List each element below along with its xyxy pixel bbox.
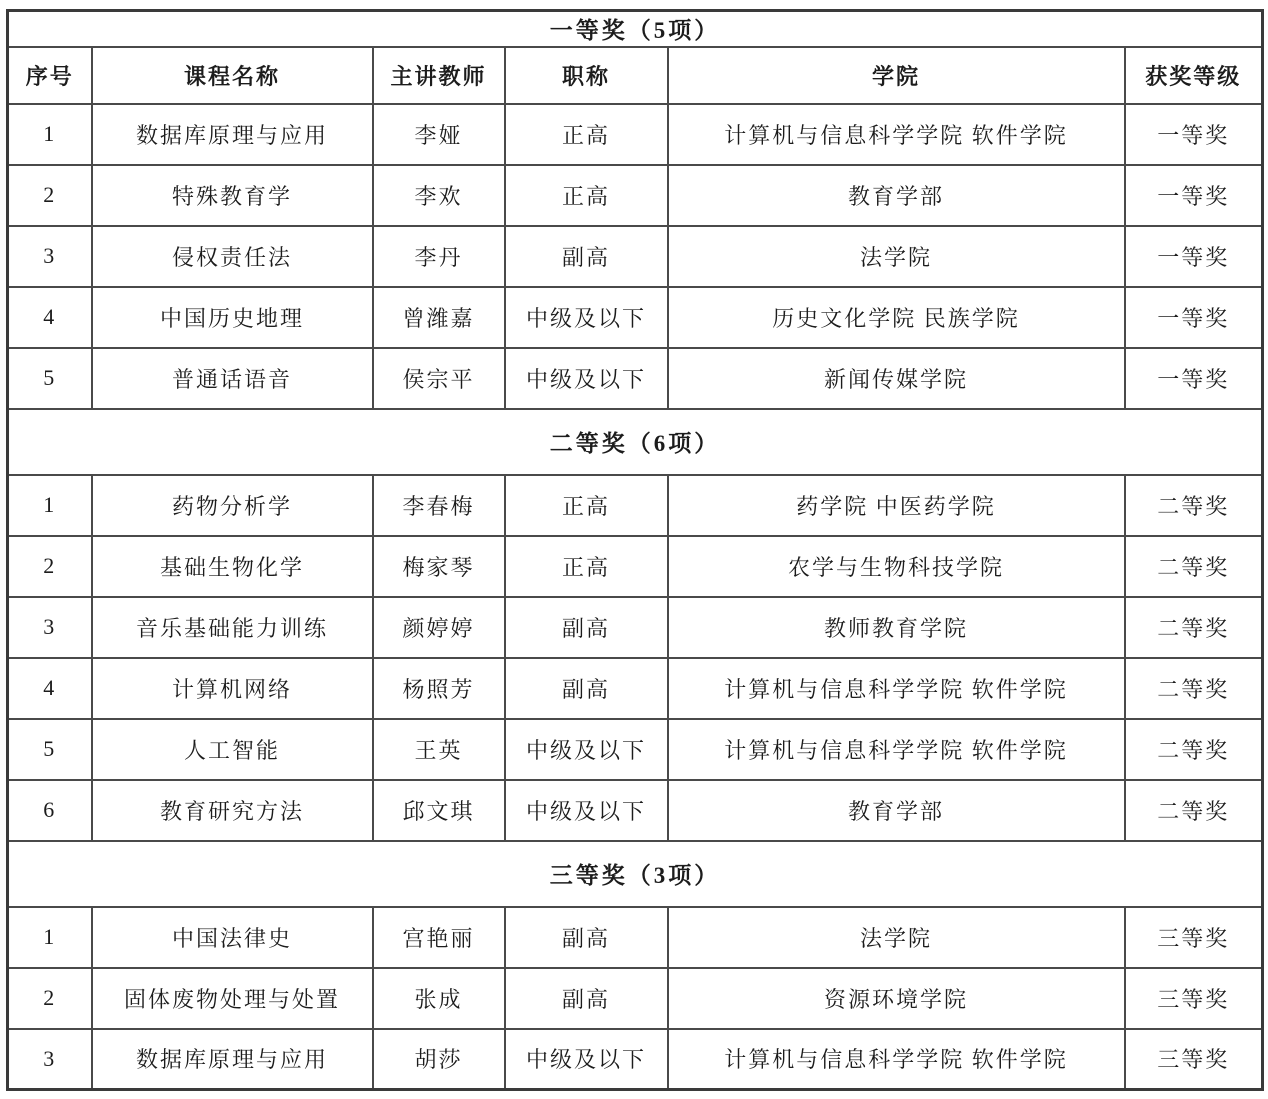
college-cell: 药学院 中医药学院 (668, 475, 1125, 536)
college-cell: 计算机与信息科学学院 软件学院 (668, 658, 1125, 719)
college-cell: 教育学部 (668, 165, 1125, 226)
column-header-row: 序号 课程名称 主讲教师 职称 学院 获奖等级 (8, 47, 1263, 104)
section-title: 一等奖（5项） (8, 11, 1263, 47)
title-rank-cell: 副高 (505, 597, 668, 658)
row-number-cell: 2 (8, 536, 92, 597)
row-number-cell: 3 (8, 597, 92, 658)
title-rank-cell: 副高 (505, 226, 668, 287)
row-number-cell: 1 (8, 104, 92, 165)
college-cell: 计算机与信息科学学院 软件学院 (668, 1029, 1125, 1090)
row-number-cell: 2 (8, 165, 92, 226)
teacher-cell: 梅家琴 (373, 536, 505, 597)
awards-table: 一等奖（5项） 序号 课程名称 主讲教师 职称 学院 获奖等级 1 数据库原理与… (6, 9, 1264, 1091)
teacher-cell: 宫艳丽 (373, 907, 505, 968)
award-level-cell: 二等奖 (1125, 780, 1263, 841)
title-rank-cell: 中级及以下 (505, 719, 668, 780)
course-name-cell: 中国历史地理 (92, 287, 373, 348)
table-row: 1 中国法律史 宫艳丽 副高 法学院 三等奖 (8, 907, 1263, 968)
table-row: 6 教育研究方法 邱文琪 中级及以下 教育学部 二等奖 (8, 780, 1263, 841)
teacher-cell: 李春梅 (373, 475, 505, 536)
table-row: 3 侵权责任法 李丹 副高 法学院 一等奖 (8, 226, 1263, 287)
section-title: 三等奖（3项） (8, 841, 1263, 907)
title-rank-cell: 副高 (505, 658, 668, 719)
award-level-cell: 一等奖 (1125, 165, 1263, 226)
row-number-cell: 4 (8, 287, 92, 348)
award-level-cell: 一等奖 (1125, 348, 1263, 409)
col-header-award: 获奖等级 (1125, 47, 1263, 104)
teacher-cell: 李娅 (373, 104, 505, 165)
row-number-cell: 5 (8, 719, 92, 780)
course-name-cell: 药物分析学 (92, 475, 373, 536)
course-name-cell: 数据库原理与应用 (92, 1029, 373, 1090)
title-rank-cell: 中级及以下 (505, 780, 668, 841)
row-number-cell: 1 (8, 475, 92, 536)
section-title: 二等奖（6项） (8, 409, 1263, 475)
section-header-first-prize: 一等奖（5项） (8, 11, 1263, 47)
row-number-cell: 6 (8, 780, 92, 841)
title-rank-cell: 正高 (505, 165, 668, 226)
teacher-cell: 颜婷婷 (373, 597, 505, 658)
course-name-cell: 人工智能 (92, 719, 373, 780)
row-number-cell: 3 (8, 1029, 92, 1090)
college-cell: 法学院 (668, 226, 1125, 287)
row-number-cell: 5 (8, 348, 92, 409)
course-name-cell: 普通话语音 (92, 348, 373, 409)
section-header-third-prize: 三等奖（3项） (8, 841, 1263, 907)
table-row: 4 中国历史地理 曾潍嘉 中级及以下 历史文化学院 民族学院 一等奖 (8, 287, 1263, 348)
col-header-index: 序号 (8, 47, 92, 104)
table-row: 2 固体废物处理与处置 张成 副高 资源环境学院 三等奖 (8, 968, 1263, 1029)
teacher-cell: 张成 (373, 968, 505, 1029)
college-cell: 资源环境学院 (668, 968, 1125, 1029)
table-row: 5 人工智能 王英 中级及以下 计算机与信息科学学院 软件学院 二等奖 (8, 719, 1263, 780)
course-name-cell: 计算机网络 (92, 658, 373, 719)
award-level-cell: 三等奖 (1125, 907, 1263, 968)
title-rank-cell: 副高 (505, 968, 668, 1029)
award-level-cell: 二等奖 (1125, 658, 1263, 719)
college-cell: 历史文化学院 民族学院 (668, 287, 1125, 348)
title-rank-cell: 中级及以下 (505, 1029, 668, 1090)
college-cell: 计算机与信息科学学院 软件学院 (668, 719, 1125, 780)
teacher-cell: 杨照芳 (373, 658, 505, 719)
teacher-cell: 李欢 (373, 165, 505, 226)
award-level-cell: 二等奖 (1125, 719, 1263, 780)
award-level-cell: 一等奖 (1125, 104, 1263, 165)
table-row: 3 音乐基础能力训练 颜婷婷 副高 教师教育学院 二等奖 (8, 597, 1263, 658)
award-level-cell: 二等奖 (1125, 597, 1263, 658)
award-level-cell: 一等奖 (1125, 287, 1263, 348)
table-row: 1 数据库原理与应用 李娅 正高 计算机与信息科学学院 软件学院 一等奖 (8, 104, 1263, 165)
table-row: 2 特殊教育学 李欢 正高 教育学部 一等奖 (8, 165, 1263, 226)
course-name-cell: 侵权责任法 (92, 226, 373, 287)
award-level-cell: 一等奖 (1125, 226, 1263, 287)
course-name-cell: 音乐基础能力训练 (92, 597, 373, 658)
award-level-cell: 二等奖 (1125, 536, 1263, 597)
title-rank-cell: 正高 (505, 536, 668, 597)
row-number-cell: 2 (8, 968, 92, 1029)
teacher-cell: 邱文琪 (373, 780, 505, 841)
teacher-cell: 李丹 (373, 226, 505, 287)
row-number-cell: 3 (8, 226, 92, 287)
course-name-cell: 数据库原理与应用 (92, 104, 373, 165)
course-name-cell: 特殊教育学 (92, 165, 373, 226)
title-rank-cell: 正高 (505, 104, 668, 165)
table-row: 4 计算机网络 杨照芳 副高 计算机与信息科学学院 软件学院 二等奖 (8, 658, 1263, 719)
title-rank-cell: 正高 (505, 475, 668, 536)
teacher-cell: 曾潍嘉 (373, 287, 505, 348)
course-name-cell: 基础生物化学 (92, 536, 373, 597)
college-cell: 法学院 (668, 907, 1125, 968)
document-page: 一等奖（5项） 序号 课程名称 主讲教师 职称 学院 获奖等级 1 数据库原理与… (6, 9, 1264, 1091)
college-cell: 计算机与信息科学学院 软件学院 (668, 104, 1125, 165)
teacher-cell: 侯宗平 (373, 348, 505, 409)
teacher-cell: 王英 (373, 719, 505, 780)
col-header-rank: 职称 (505, 47, 668, 104)
course-name-cell: 固体废物处理与处置 (92, 968, 373, 1029)
award-level-cell: 三等奖 (1125, 968, 1263, 1029)
college-cell: 教师教育学院 (668, 597, 1125, 658)
college-cell: 农学与生物科技学院 (668, 536, 1125, 597)
table-row: 5 普通话语音 侯宗平 中级及以下 新闻传媒学院 一等奖 (8, 348, 1263, 409)
college-cell: 新闻传媒学院 (668, 348, 1125, 409)
teacher-cell: 胡莎 (373, 1029, 505, 1090)
title-rank-cell: 副高 (505, 907, 668, 968)
college-cell: 教育学部 (668, 780, 1125, 841)
row-number-cell: 4 (8, 658, 92, 719)
award-level-cell: 三等奖 (1125, 1029, 1263, 1090)
title-rank-cell: 中级及以下 (505, 287, 668, 348)
row-number-cell: 1 (8, 907, 92, 968)
course-name-cell: 教育研究方法 (92, 780, 373, 841)
table-row: 3 数据库原理与应用 胡莎 中级及以下 计算机与信息科学学院 软件学院 三等奖 (8, 1029, 1263, 1090)
course-name-cell: 中国法律史 (92, 907, 373, 968)
table-row: 1 药物分析学 李春梅 正高 药学院 中医药学院 二等奖 (8, 475, 1263, 536)
col-header-course: 课程名称 (92, 47, 373, 104)
col-header-college: 学院 (668, 47, 1125, 104)
award-level-cell: 二等奖 (1125, 475, 1263, 536)
title-rank-cell: 中级及以下 (505, 348, 668, 409)
table-row: 2 基础生物化学 梅家琴 正高 农学与生物科技学院 二等奖 (8, 536, 1263, 597)
section-header-second-prize: 二等奖（6项） (8, 409, 1263, 475)
col-header-teacher: 主讲教师 (373, 47, 505, 104)
